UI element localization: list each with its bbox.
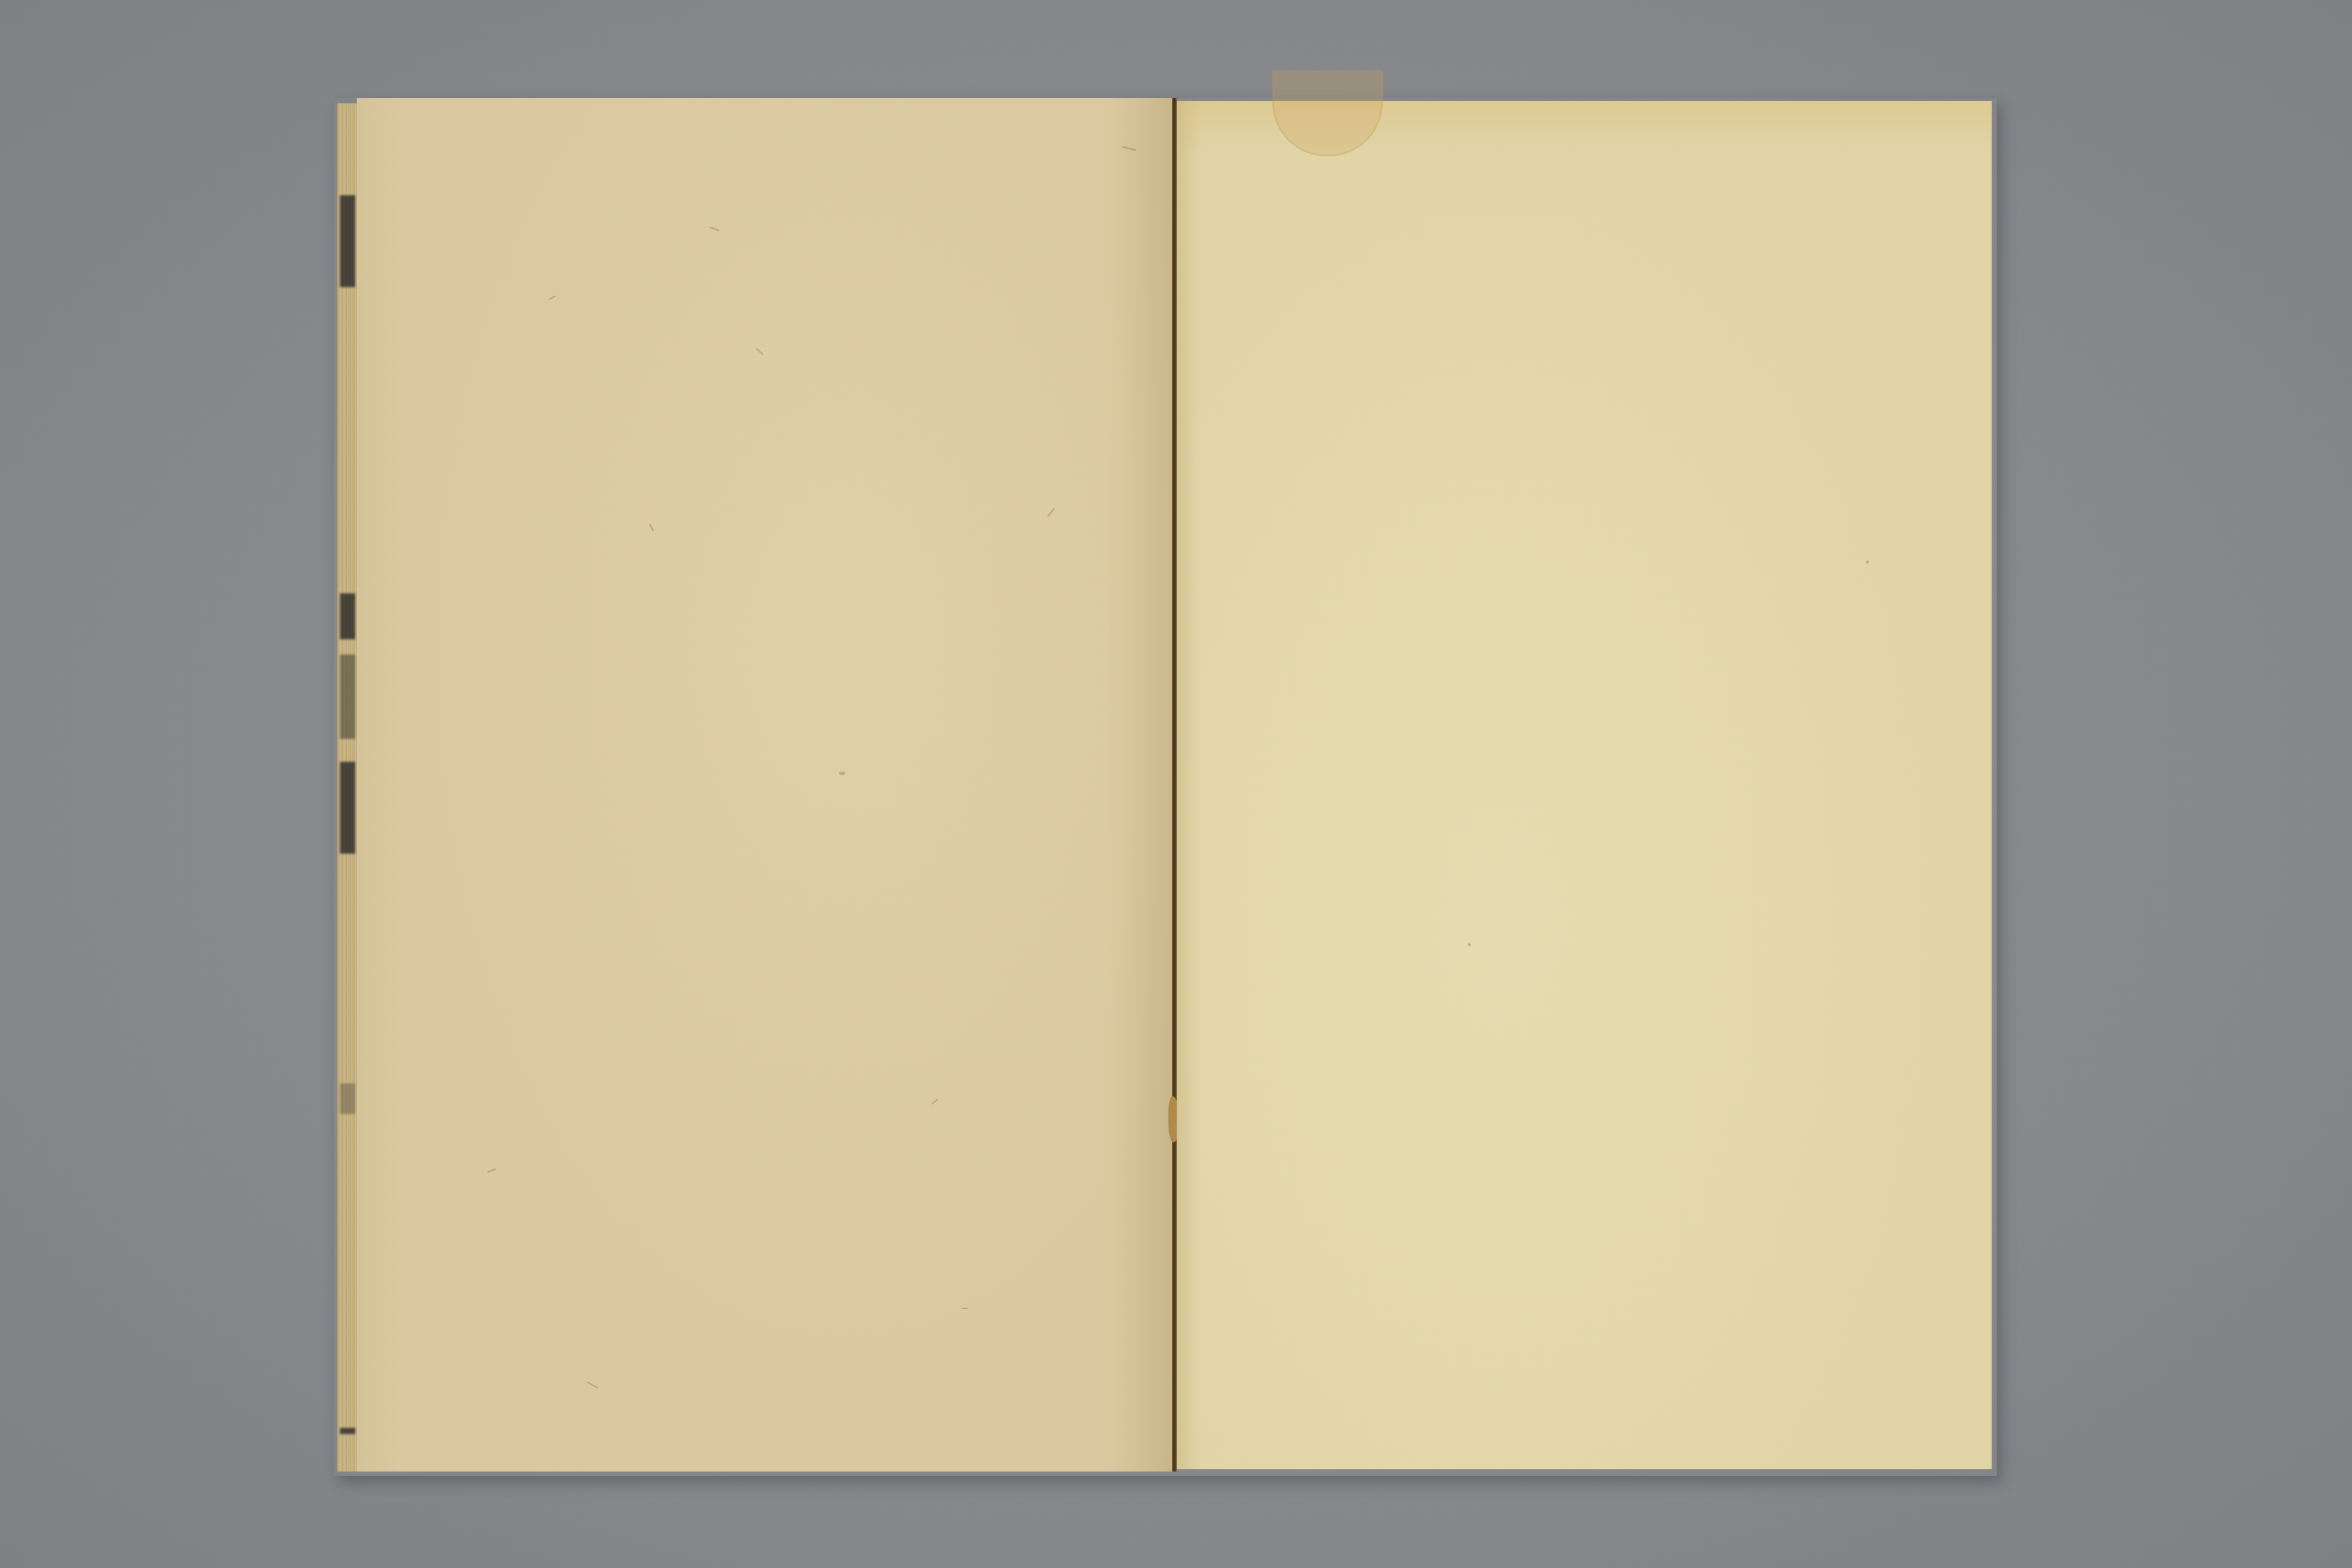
paper-speck [1468,943,1471,946]
paper-fiber [1047,508,1056,517]
paper-fiber [587,1381,599,1389]
paper-speck [839,772,845,775]
paper-fiber [932,1099,939,1105]
paper-fiber [1122,146,1136,152]
page-edge-stack [337,103,358,1472]
paper-fiber [756,348,763,354]
paper-fiber [548,296,556,301]
paper-fiber [709,227,720,232]
edge-ink-mark [340,762,355,854]
edge-ink-mark [340,1428,355,1434]
edge-ink-mark [340,655,355,739]
edge-ink-mark [340,1083,355,1114]
paper-fiber [487,1168,496,1173]
right-page [1177,101,1992,1469]
paper-fiber [649,524,655,531]
left-page [357,98,1173,1472]
edge-ink-mark [340,195,355,287]
edge-ink-mark [340,593,355,639]
paper-speck [1866,560,1869,563]
paper-fiber [962,1308,968,1309]
water-stain [1272,70,1383,156]
